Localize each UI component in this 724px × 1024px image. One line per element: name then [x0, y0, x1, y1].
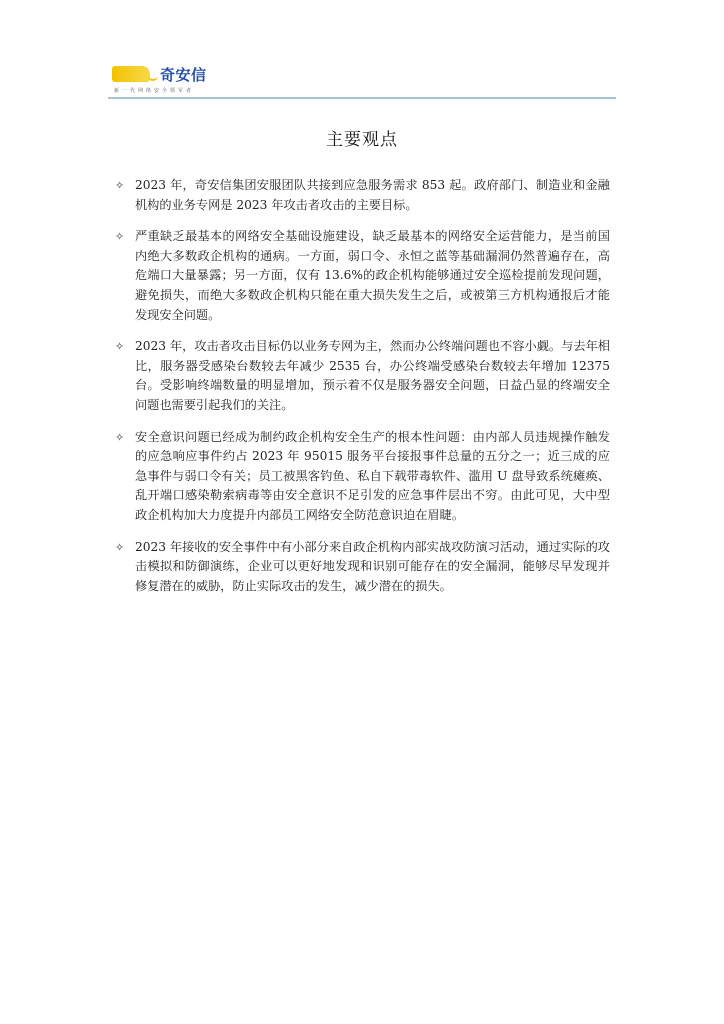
page-header: 奇安信 新一代网络安全领军者	[108, 64, 616, 100]
key-point: ✧ 2023 年接收的安全事件中有小部分来自政企机构内部实战攻防演习活动，通过实…	[115, 538, 610, 597]
key-point-text: 2023 年，攻击者攻击目标仍以业务专网为主，然而办公终端问题也不容小觑。与去年…	[135, 339, 610, 412]
key-point: ✧ 严重缺乏最基本的网络安全基础设施建设，缺乏最基本的网络安全运营能力，是当前国…	[115, 227, 610, 325]
key-point: ✧ 安全意识问题已经成为制约政企机构安全生产的根本性问题：由内部人员违规操作触发…	[115, 428, 610, 526]
logo-mark-icon	[112, 66, 150, 82]
key-points-list: ✧ 2023 年，奇安信集团安服团队共接到应急服务需求 853 起。政府部门、制…	[115, 176, 610, 608]
key-point-text: 2023 年，奇安信集团安服团队共接到应急服务需求 853 起。政府部门、制造业…	[135, 178, 610, 212]
page-title: 主要观点	[0, 125, 724, 150]
key-point-text: 安全意识问题已经成为制约政企机构安全生产的根本性问题：由内部人员违规操作触发的应…	[135, 430, 610, 522]
header-divider	[108, 97, 616, 99]
diamond-bullet-icon: ✧	[115, 176, 124, 196]
company-logo: 奇安信 新一代网络安全领军者	[112, 64, 207, 96]
diamond-bullet-icon: ✧	[115, 337, 124, 357]
diamond-bullet-icon: ✧	[115, 538, 124, 558]
logo-name: 奇安信	[160, 64, 207, 85]
diamond-bullet-icon: ✧	[115, 227, 124, 247]
key-point-text: 2023 年接收的安全事件中有小部分来自政企机构内部实战攻防演习活动，通过实际的…	[135, 540, 610, 593]
key-point: ✧ 2023 年，奇安信集团安服团队共接到应急服务需求 853 起。政府部门、制…	[115, 176, 610, 215]
logo-tagline: 新一代网络安全领军者	[114, 87, 207, 94]
diamond-bullet-icon: ✧	[115, 428, 124, 448]
key-point: ✧ 2023 年，攻击者攻击目标仍以业务专网为主，然而办公终端问题也不容小觑。与…	[115, 337, 610, 415]
key-point-text: 严重缺乏最基本的网络安全基础设施建设，缺乏最基本的网络安全运营能力，是当前国内绝…	[135, 229, 610, 321]
